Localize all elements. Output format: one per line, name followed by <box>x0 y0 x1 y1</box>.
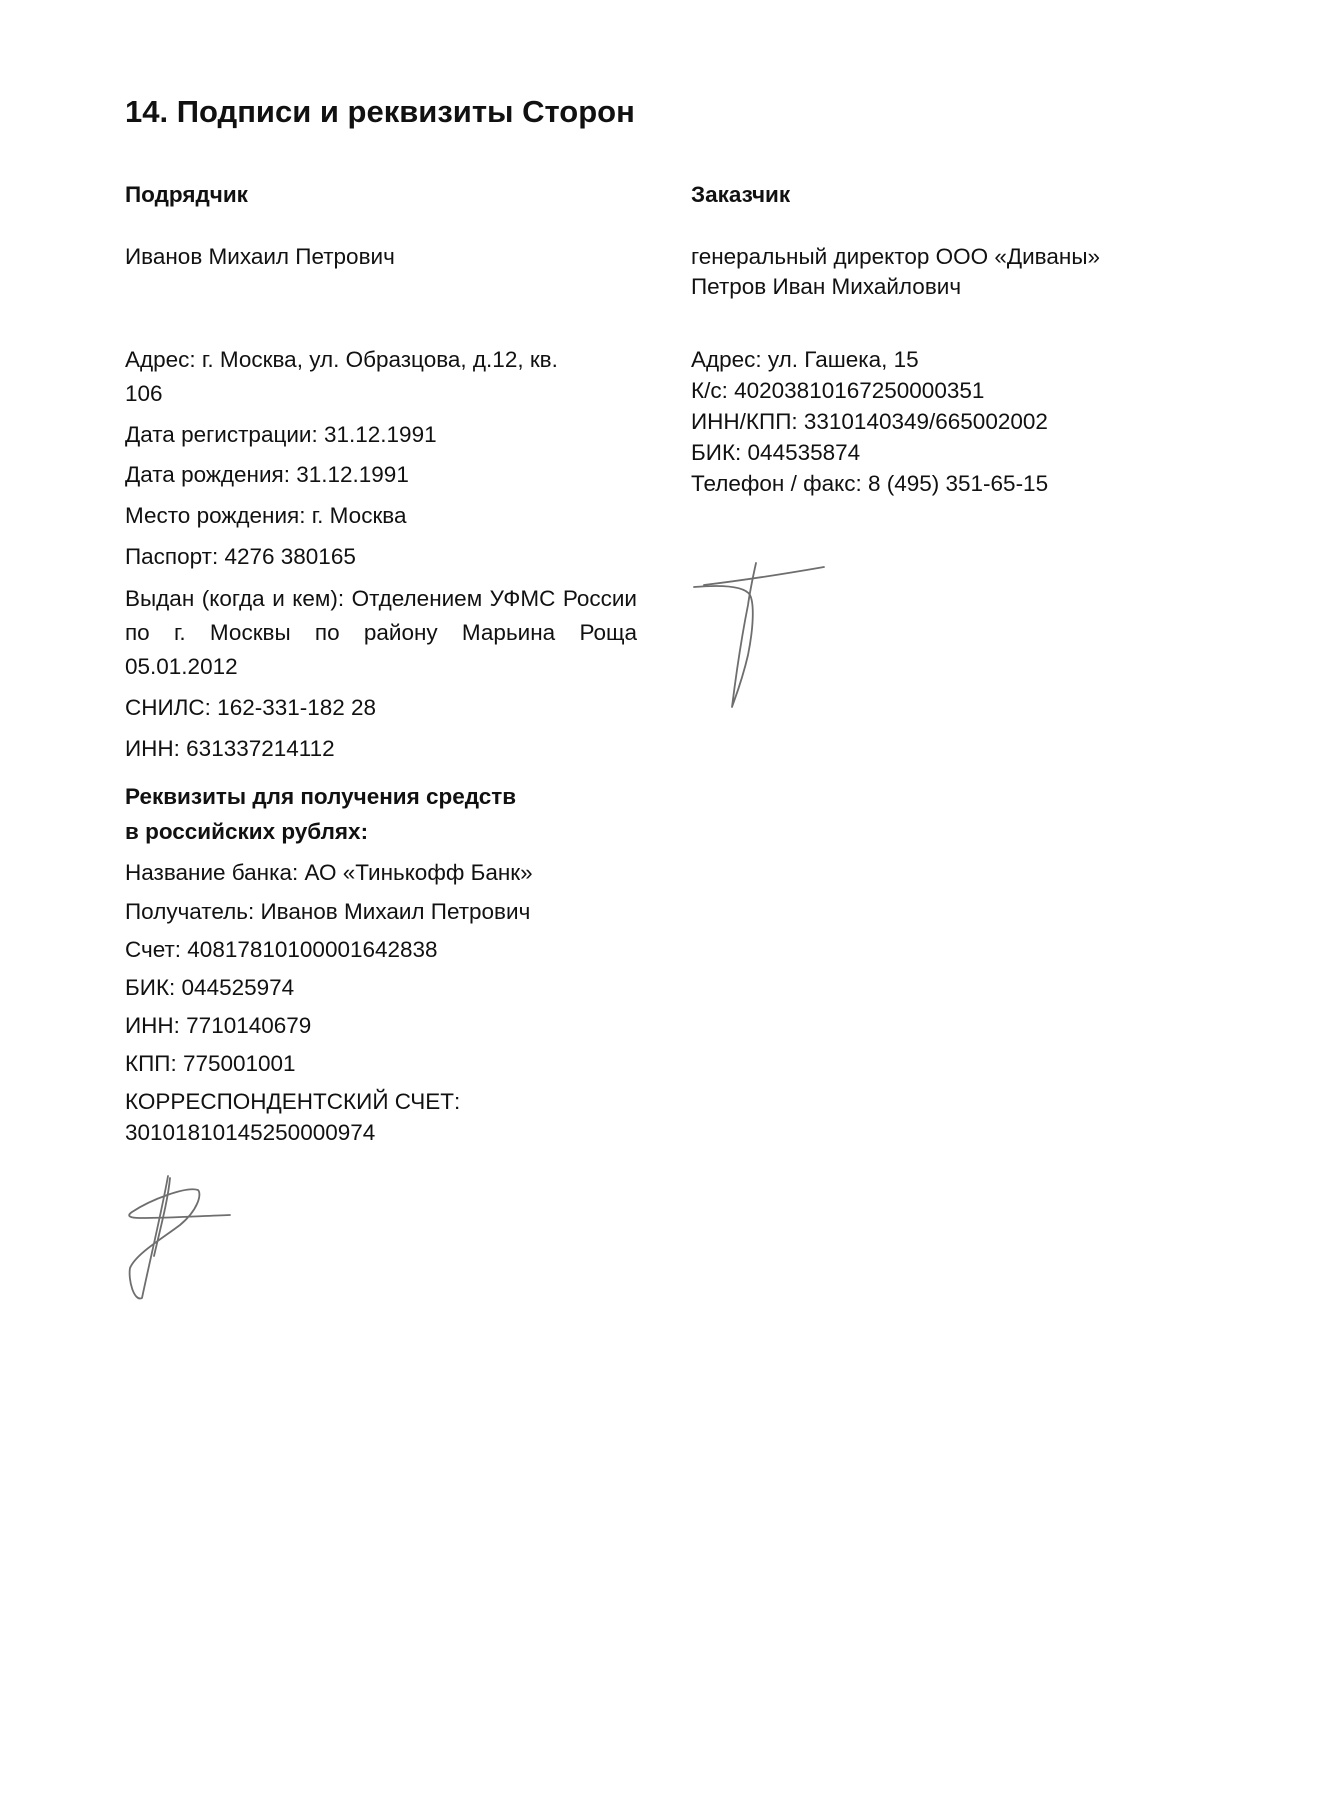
bank-account: Счет: 40817810100001642838 <box>125 935 438 965</box>
contractor-address-line1: Адрес: г. Москва, ул. Образцова, д.12, к… <box>125 345 558 375</box>
customer-position: генеральный директор ООО «Диваны» <box>691 242 1100 272</box>
contractor-passport-issued-by: Выдан (когда и кем): Отделением УФМС Рос… <box>125 582 637 684</box>
bank-recipient: Получатель: Иванов Михаил Петрович <box>125 897 530 927</box>
bank-details-heading-line2: в российских рублях: <box>125 817 368 847</box>
corr-account-label: КОРРЕСПОНДЕНТСКИЙ СЧЕТ: <box>125 1087 460 1117</box>
section-title: 14. Подписи и реквизиты Сторон <box>125 94 635 130</box>
corr-account-value: 30101810145250000974 <box>125 1118 375 1148</box>
customer-heading: Заказчик <box>691 180 790 210</box>
customer-inn-kpp: ИНН/КПП: 3310140349/665002002 <box>691 407 1048 437</box>
contractor-birth-place: Место рождения: г. Москва <box>125 501 407 531</box>
customer-signature-icon <box>688 555 828 715</box>
contractor-registration-date: Дата регистрации: 31.12.1991 <box>125 420 437 450</box>
customer-bik: БИК: 044535874 <box>691 438 860 468</box>
bank-inn: ИНН: 7710140679 <box>125 1011 311 1041</box>
contractor-signature-icon <box>120 1170 250 1310</box>
customer-phone-fax: Телефон / факс: 8 (495) 351-65-15 <box>691 469 1048 499</box>
contractor-inn: ИНН: 631337214112 <box>125 734 335 764</box>
customer-ks: К/с: 40203810167250000351 <box>691 376 984 406</box>
contractor-name: Иванов Михаил Петрович <box>125 242 395 272</box>
contractor-heading: Подрядчик <box>125 180 248 210</box>
contractor-address-line2: 106 <box>125 379 163 409</box>
customer-name: Петров Иван Михайлович <box>691 272 961 302</box>
bank-name: Название банка: АО «Тинькофф Банк» <box>125 858 533 888</box>
customer-address: Адрес: ул. Гашека, 15 <box>691 345 919 375</box>
contractor-birth-date: Дата рождения: 31.12.1991 <box>125 460 409 490</box>
bank-kpp: КПП: 775001001 <box>125 1049 296 1079</box>
contractor-snils: СНИЛС: 162-331-182 28 <box>125 693 376 723</box>
bank-bik: БИК: 044525974 <box>125 973 294 1003</box>
bank-details-heading-line1: Реквизиты для получения средств <box>125 782 516 812</box>
contractor-passport: Паспорт: 4276 380165 <box>125 542 356 572</box>
